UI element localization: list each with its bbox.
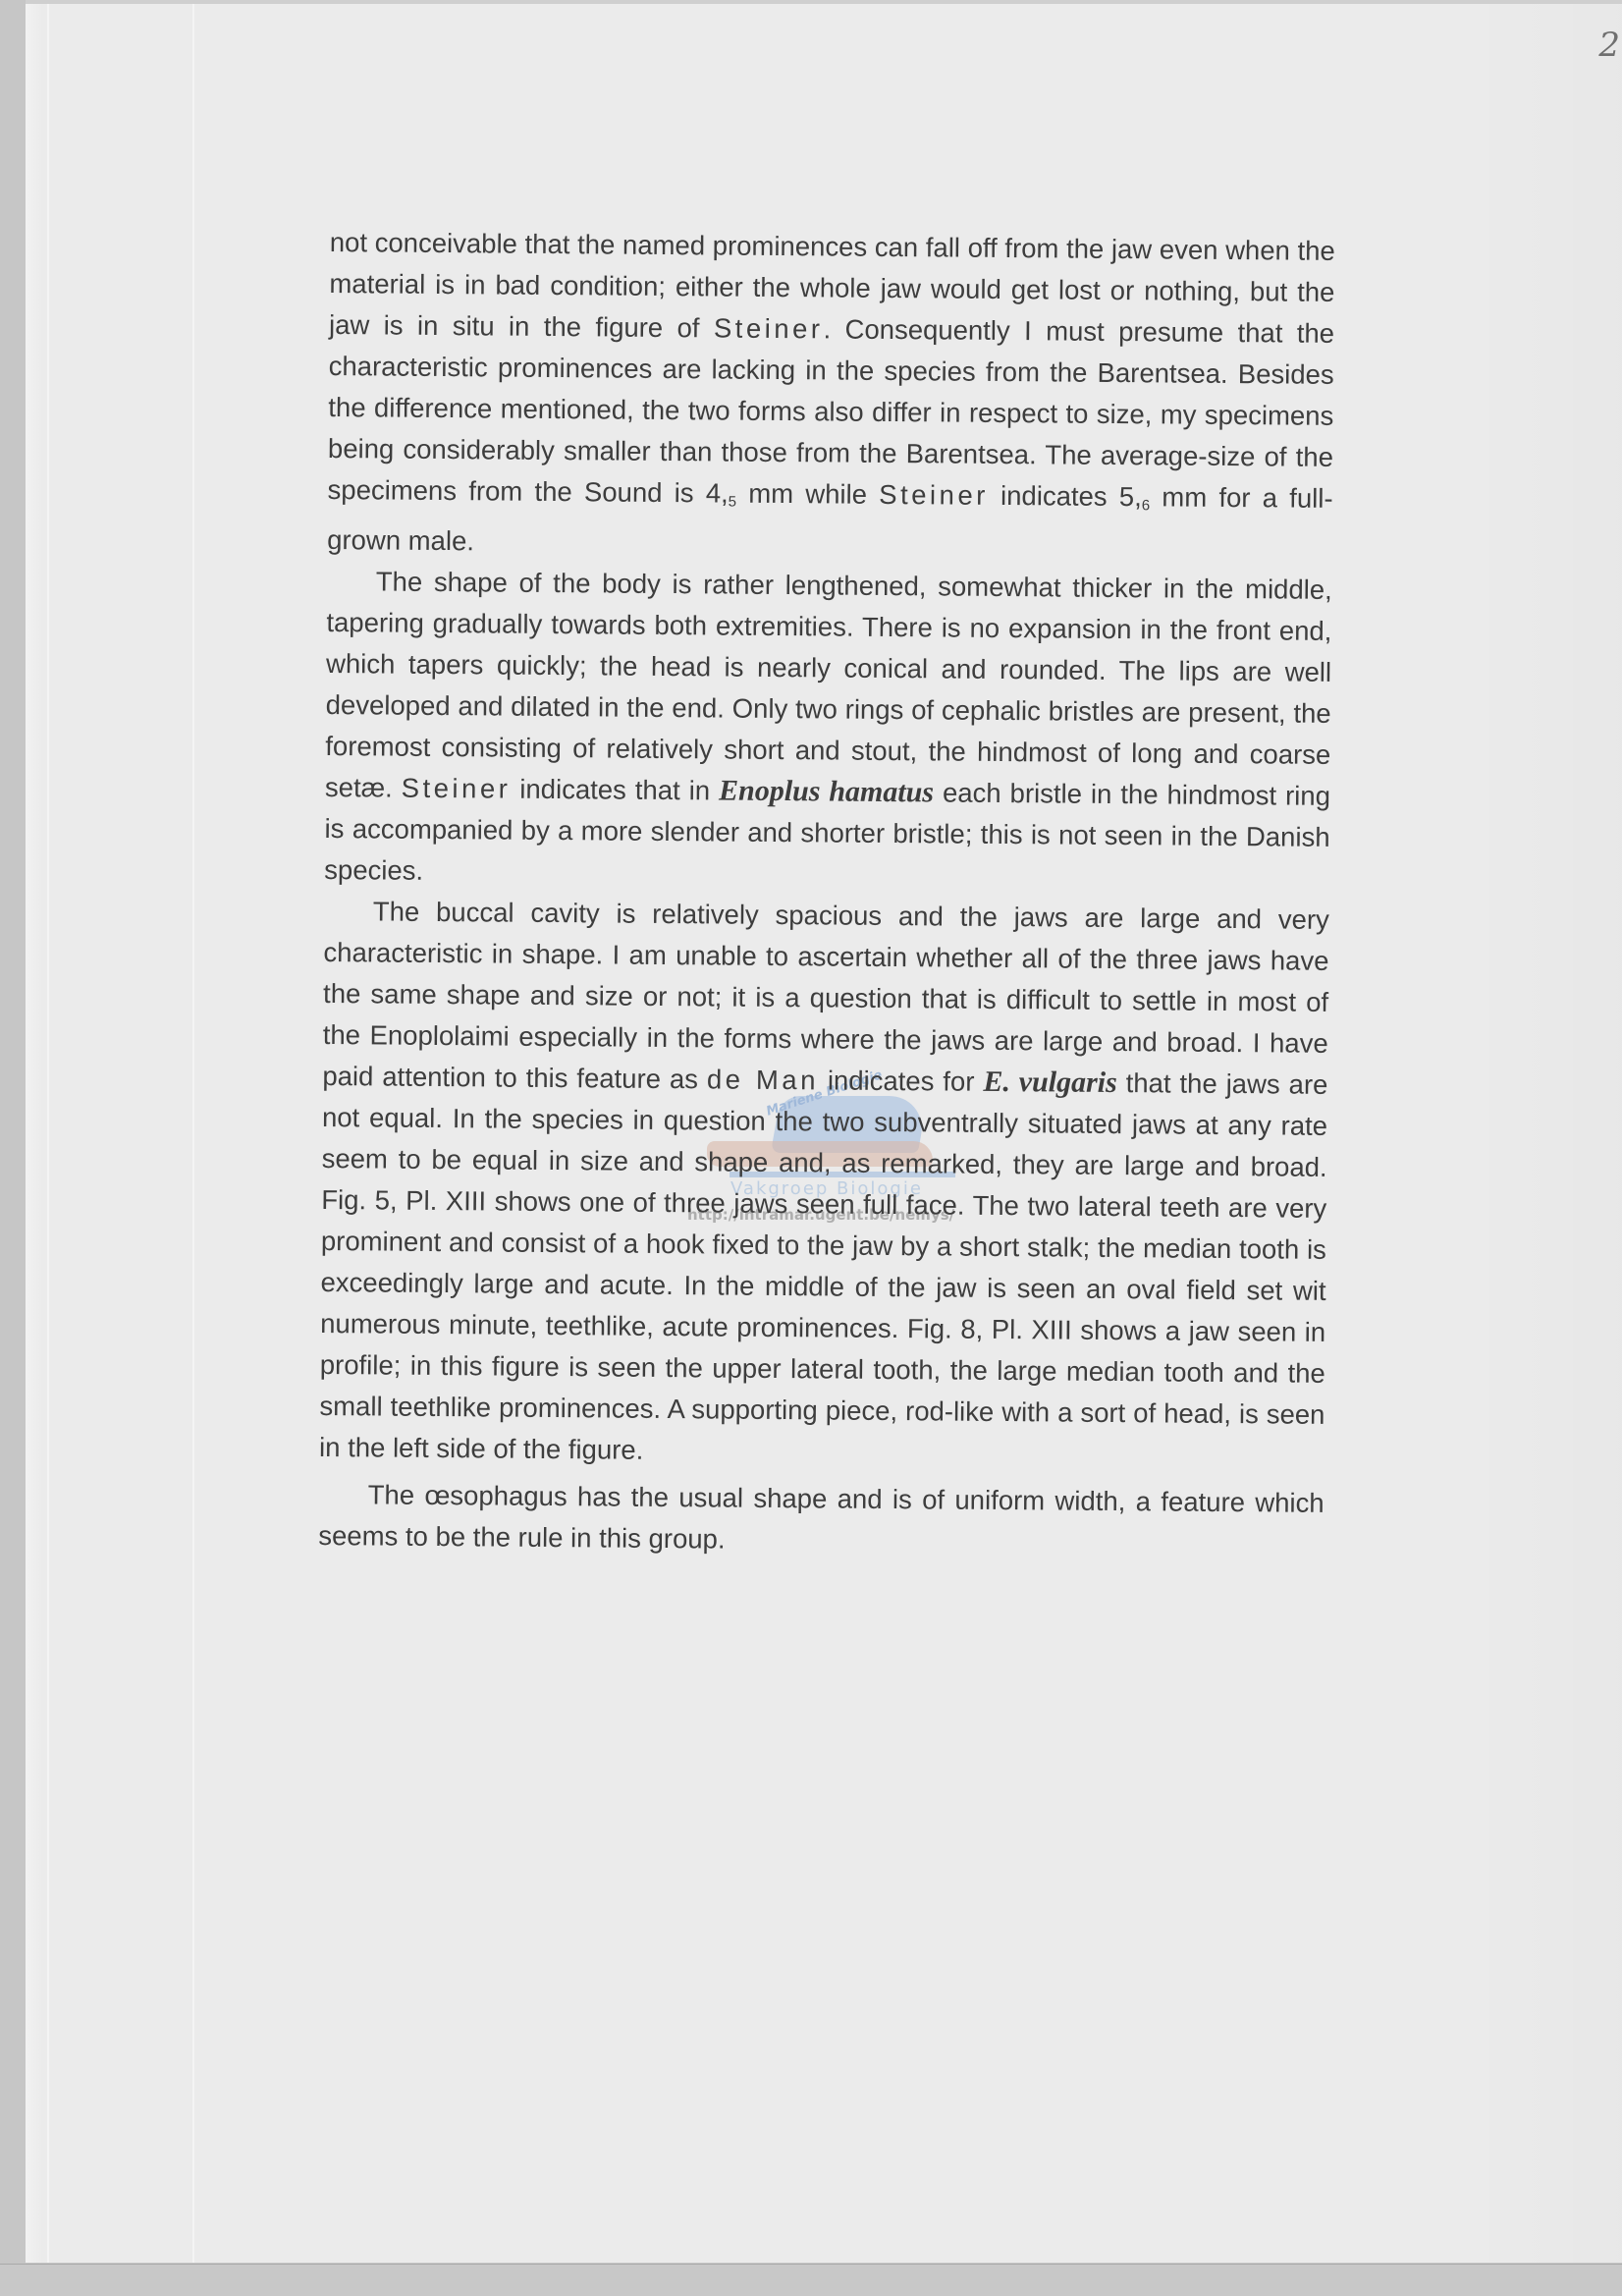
scan-background-bottom: [0, 2264, 1622, 2296]
page-fold-line: [47, 4, 49, 2263]
text-run: The shape of the body is rather lengthen…: [325, 566, 1332, 802]
species-name: E. vulgaris: [983, 1066, 1117, 1099]
paragraph: not conceivable that the named prominenc…: [327, 222, 1335, 570]
paragraph: The shape of the body is rather lengthen…: [324, 561, 1332, 900]
species-name: Enoplus hamatus: [719, 774, 934, 808]
author-name: Steiner: [402, 773, 512, 804]
paragraph: The buccal cavity is relatively spacious…: [319, 891, 1329, 1477]
decimal-subscript: 6: [1142, 497, 1150, 514]
author-name: de Man: [707, 1064, 819, 1095]
handwritten-page-number: 2: [1598, 26, 1620, 65]
text-run: indicates that in: [511, 774, 719, 806]
text-run: indicates 5,: [989, 480, 1142, 512]
author-name: Steiner: [879, 479, 989, 511]
body-text: not conceivable that the named prominenc…: [318, 222, 1335, 1565]
text-run: that the jaws are not equal. In the spec…: [319, 1067, 1328, 1465]
scan-background-left: [0, 0, 26, 2296]
text-run: The œsophagus has the usual shape and is…: [318, 1479, 1325, 1554]
text-run: indicates for: [819, 1065, 984, 1096]
author-name: Steiner: [714, 312, 824, 344]
page-fold-line: [192, 4, 194, 2263]
paragraph: The œsophagus has the usual shape and is…: [318, 1474, 1325, 1565]
text-run: mm while: [736, 478, 879, 510]
